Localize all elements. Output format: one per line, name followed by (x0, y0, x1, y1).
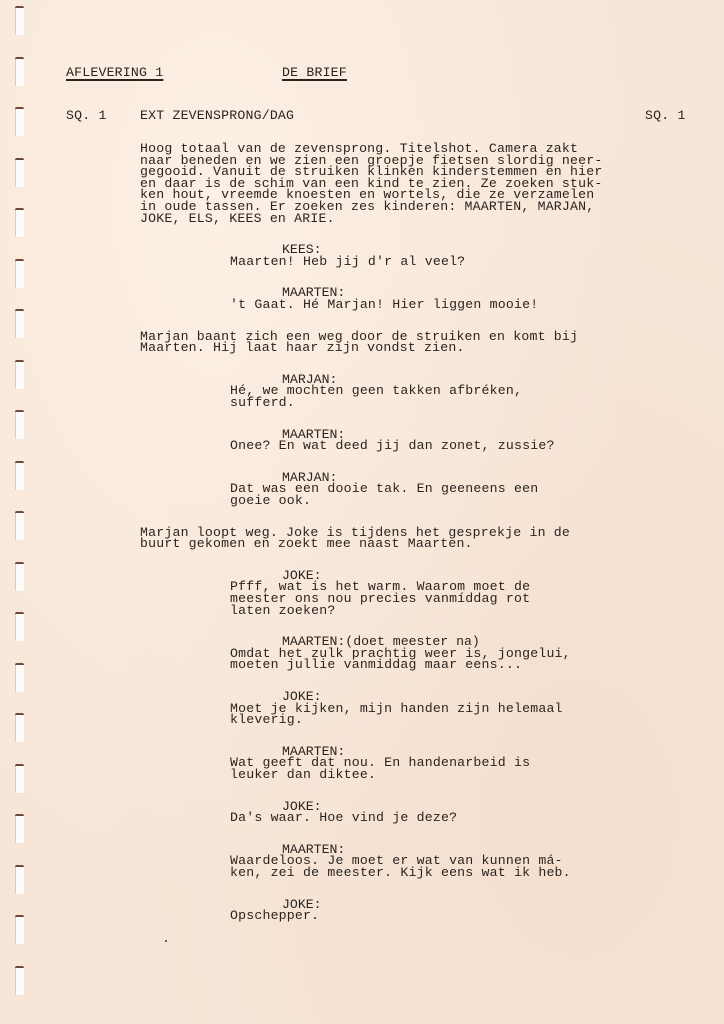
punch-hole-icon (15, 915, 24, 944)
punch-hole-icon (15, 511, 24, 540)
punch-hole-icon (15, 309, 24, 338)
punch-hole-icon (15, 612, 24, 641)
scene-heading: EXT ZEVENSPRONG/DAG (140, 110, 294, 122)
punch-hole-icon (15, 208, 24, 237)
punch-hole-icon (15, 107, 24, 136)
punch-hole-icon (15, 562, 24, 591)
dialogue-line: 't Gaat. Hé Marjan! Hier liggen mooie! (230, 299, 538, 311)
punch-hole-icon (15, 158, 24, 187)
dialogue-line: Opschepper. (230, 910, 319, 922)
dialogue-line: ken, zei de meester. Kijk eens wat ik he… (230, 867, 571, 879)
episode-label: AFLEVERING 1 (66, 67, 163, 79)
punch-hole-icon (15, 865, 24, 894)
action-line: Maarten. Hij laat haar zijn vondst zien. (140, 342, 465, 354)
scene-number-right: SQ. 1 (645, 110, 686, 122)
script-page: AFLEVERING 1 DE BRIEF SQ. 1 EXT ZEVENSPR… (0, 0, 724, 1024)
dialogue-line: leuker dan diktee. (230, 769, 376, 781)
punch-hole-icon (15, 713, 24, 742)
punch-hole-icon (15, 966, 24, 995)
punch-hole-icon (15, 764, 24, 793)
punch-hole-icon (15, 57, 24, 86)
punch-hole-icon (15, 461, 24, 490)
dialogue-line: laten zoeken? (230, 605, 335, 617)
episode-title: DE BRIEF (282, 67, 347, 79)
dialogue-line: Maarten! Heb jij d'r al veel? (230, 256, 465, 268)
punch-hole-icon (15, 259, 24, 288)
action-line: JOKE, ELS, KEES en ARIE. (140, 213, 335, 225)
punch-hole-icon (15, 410, 24, 439)
dialogue-line: Onee? En wat deed jij dan zonet, zussie? (230, 440, 555, 452)
dialogue-line: Da's waar. Hoe vind je deze? (230, 812, 457, 824)
dialogue-line: goeie ook. (230, 495, 311, 507)
punch-hole-icon (15, 814, 24, 843)
paper-speck (165, 940, 167, 942)
punch-hole-icon (15, 6, 24, 35)
binding-holes (0, 0, 30, 1024)
dialogue-line: kleverig. (230, 714, 303, 726)
scene-number-left: SQ. 1 (66, 110, 107, 122)
dialogue-line: moeten jullie vanmiddag maar eens... (230, 659, 522, 671)
action-line: buurt gekomen en zoekt mee naast Maarten… (140, 538, 473, 550)
punch-hole-icon (15, 663, 24, 692)
dialogue-line: sufferd. (230, 397, 295, 409)
punch-hole-icon (15, 360, 24, 389)
